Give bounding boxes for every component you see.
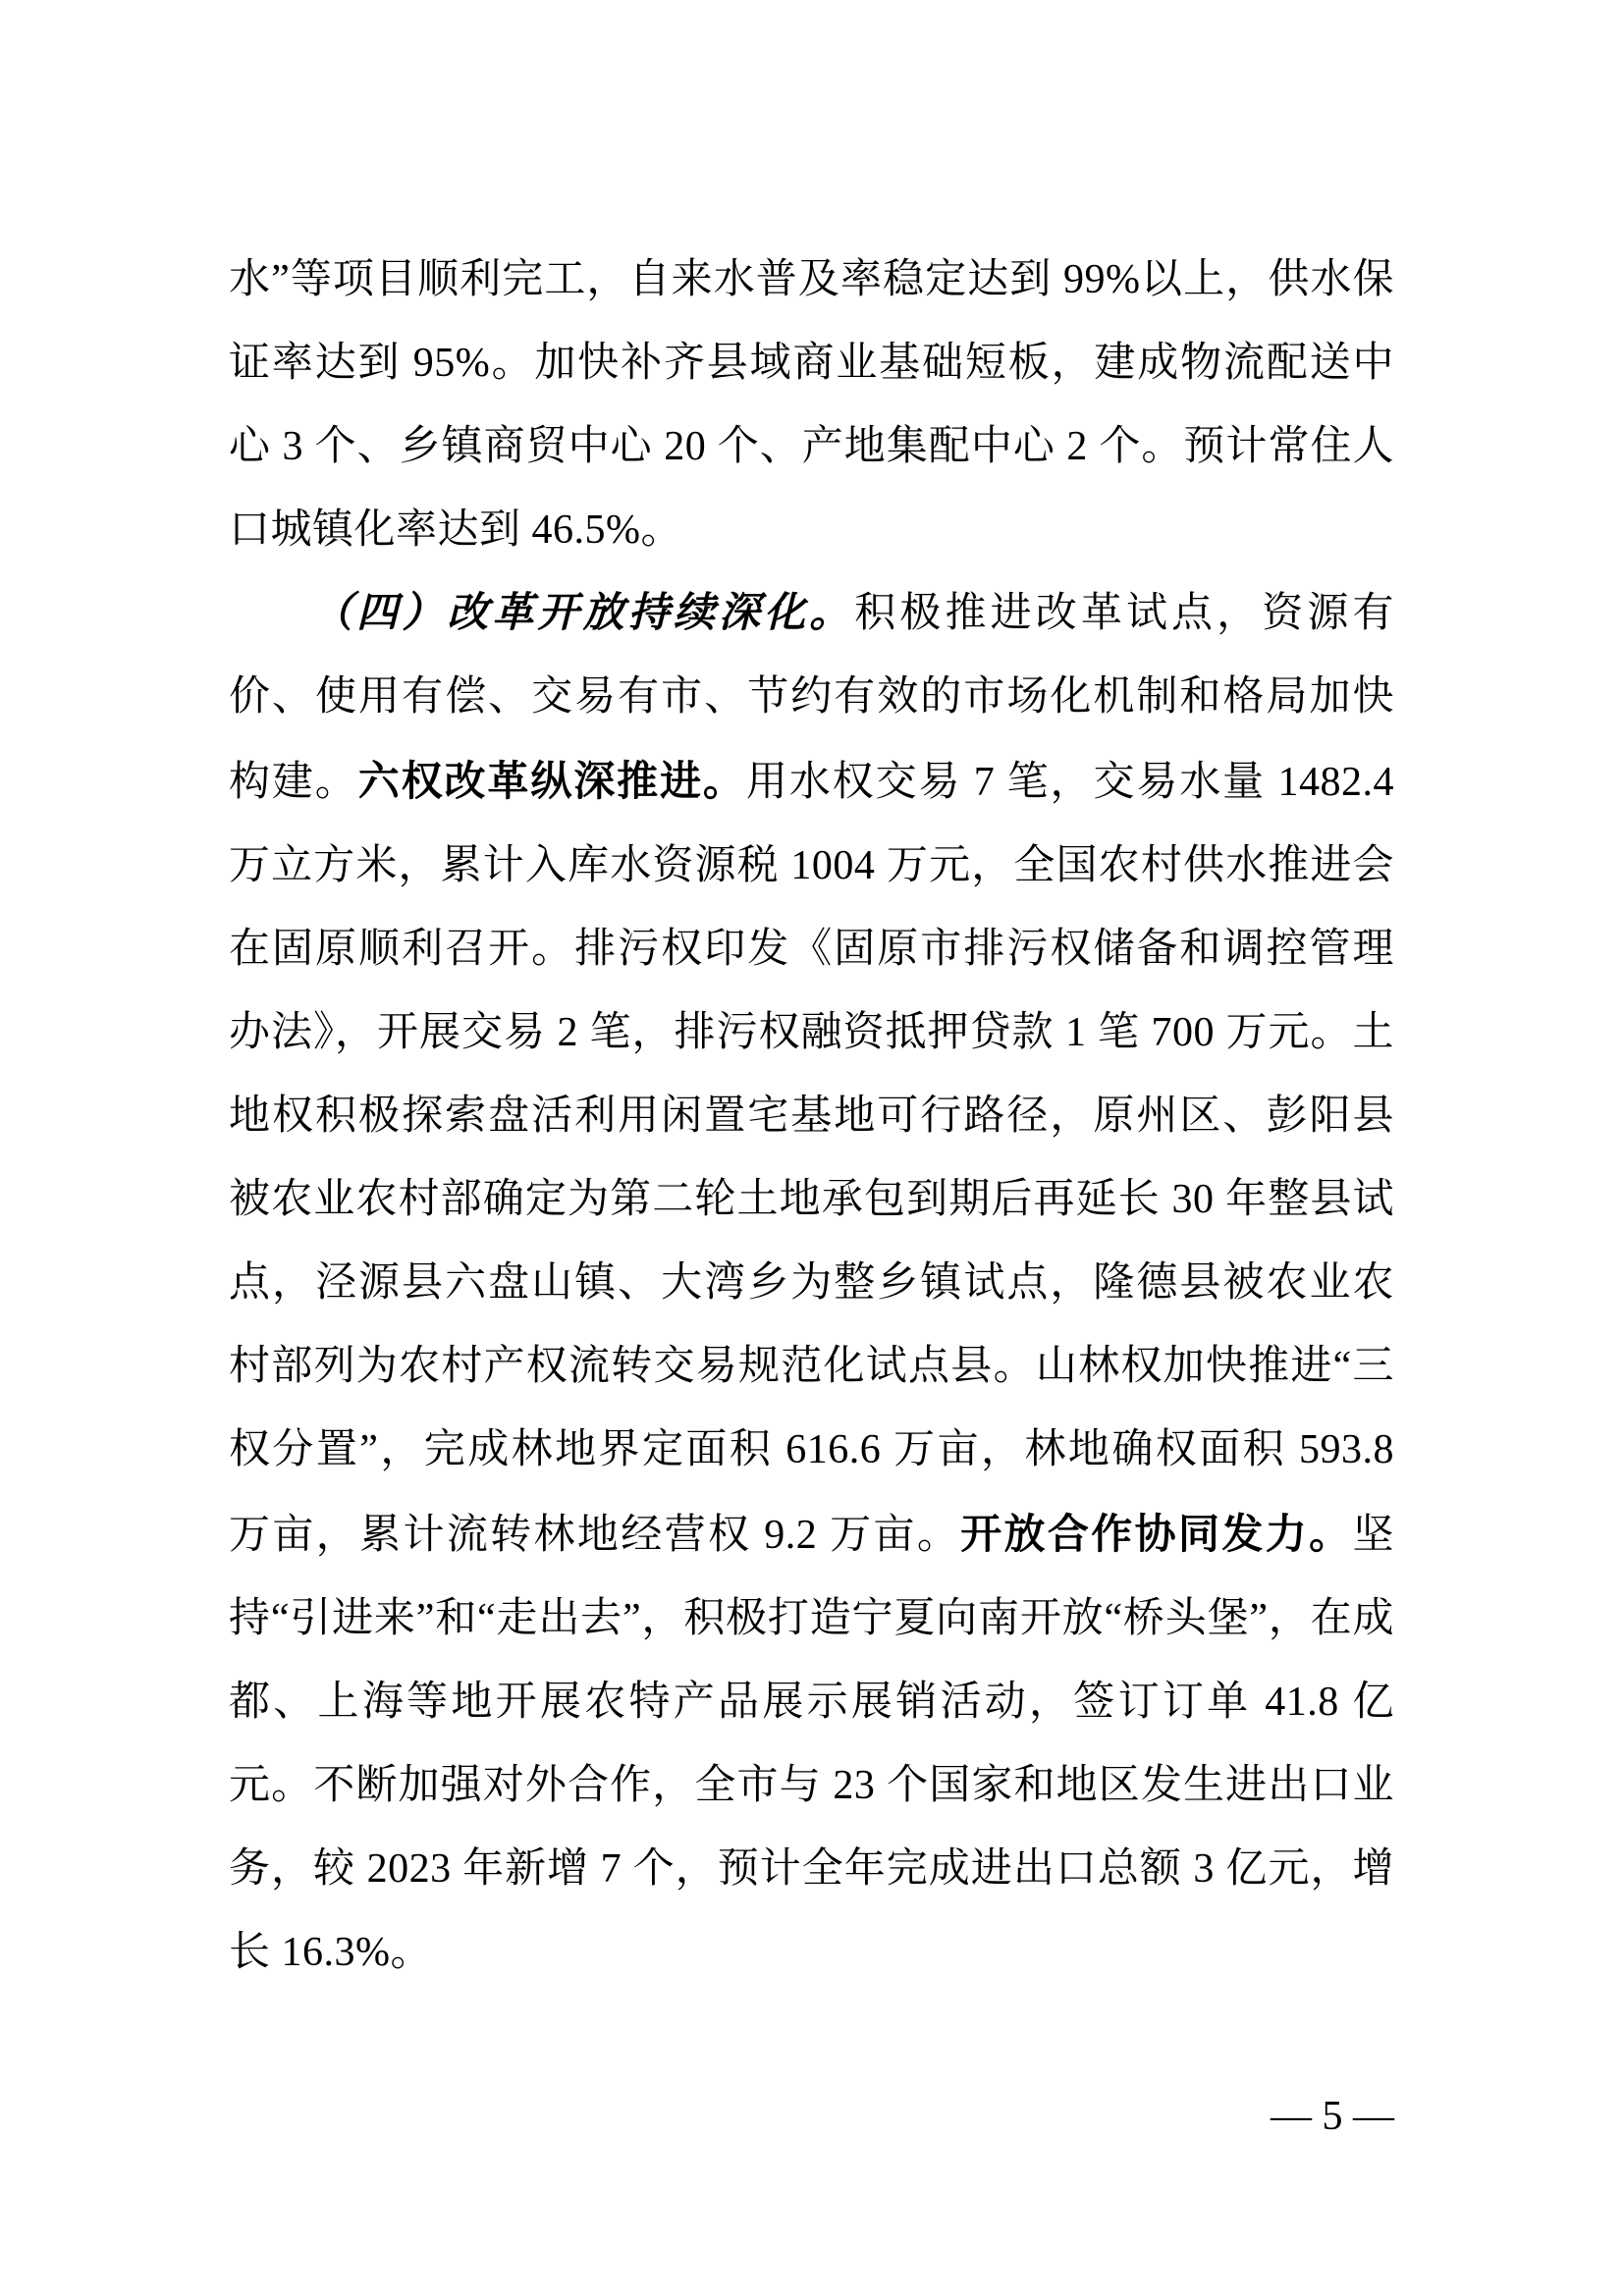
body-text-run: 水”等项目顺利完工，自来水普及率稳定达到 99%以上，供水保证率达到 95%。加…: [229, 257, 1394, 553]
page-number: — 5 —: [1271, 2094, 1394, 2139]
document-body: 水”等项目顺利完工，自来水普及率稳定达到 99%以上，供水保证率达到 95%。加…: [229, 239, 1394, 1995]
section-heading-reform-opening: （四）改革开放持续深化。: [311, 591, 854, 636]
page-footer: — 5 —: [229, 2093, 1394, 2140]
body-paragraph-section-4: （四）改革开放持续深化。积极推进改革试点，资源有价、使用有偿、交易有市、节约有效…: [229, 572, 1394, 1995]
body-paragraph-continuation: 水”等项目顺利完工，自来水普及率稳定达到 99%以上，供水保证率达到 95%。加…: [229, 239, 1394, 572]
bold-leadin-open-cooperation: 开放合作协同发力。: [960, 1511, 1352, 1557]
body-text-run: 用水权交易 7 笔，交易水量 1482.4 万立方米，累计入库水资源税 1004…: [229, 760, 1394, 1558]
bold-leadin-six-rights-reform: 六权改革纵深推进。: [358, 758, 746, 804]
document-page: 水”等项目顺利完工，自来水普及率稳定达到 99%以上，供水保证率达到 95%。加…: [0, 0, 1623, 2296]
body-text-run: 坚持“引进来”和“走出去”，积极打造宁夏向南开放“桥头堡”，在成都、上海等地开展…: [229, 1513, 1394, 1975]
